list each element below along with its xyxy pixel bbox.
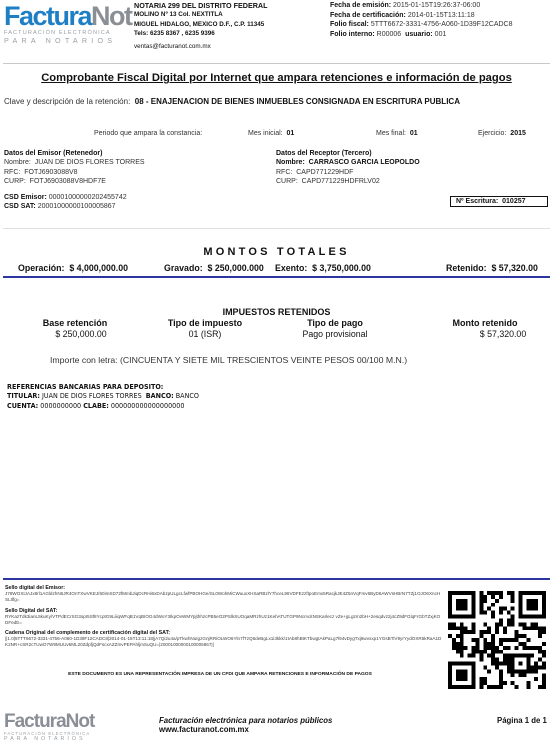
mes-inicial: Mes inicial: 01 bbox=[248, 129, 294, 138]
monto-exento: Exento: $ 3,750,000.00 bbox=[275, 263, 371, 273]
clave-retencion: Clave y descripción de la retención: 08 … bbox=[4, 97, 460, 106]
issuer-email: ventas@facturanot.com.mx bbox=[134, 42, 268, 51]
fiscal-info: Fecha de emisión: 2015-01-15T19:26:37-06… bbox=[330, 1, 513, 39]
issuer-name: NOTARIA 299 DEL DISTRITO FEDERAL bbox=[134, 1, 268, 10]
section-divider bbox=[3, 228, 550, 229]
header-divider bbox=[3, 63, 550, 64]
issuer-street: MOLINO Nº 13 Col. NEXTITLA bbox=[134, 10, 268, 19]
footer-tagline: Facturación electrónica para notarios pú… bbox=[159, 716, 332, 725]
footer-website: www.facturanot.com.mx bbox=[159, 725, 332, 734]
page-number: Página 1 de 1 bbox=[497, 716, 547, 725]
col-base-retencion: Base retención bbox=[20, 318, 130, 328]
sellos-section: Sello digital del Emisor: J78WOXIJAJx8rl… bbox=[5, 585, 442, 649]
page-title: Comprobante Fiscal Digital por Internet … bbox=[0, 72, 553, 84]
impuestos-title: IMPUESTOS RETENIDOS bbox=[0, 307, 553, 317]
issuer-phones: Tels: 6235 8367 , 6235 9396 bbox=[134, 29, 268, 38]
sello-emisor: J78WOXIJAJx8rl1AGldzhN6JR4OnTXwVKEJ/60im… bbox=[5, 591, 442, 604]
val-base-retencion: $ 250,000.00 bbox=[26, 329, 136, 339]
folio-interno: Folio interno: R00006 usuario: 001 bbox=[330, 30, 513, 40]
col-tipo-pago: Tipo de pago bbox=[275, 318, 395, 328]
fecha-emision: Fecha de emisión: 2015-01-15T19:26:37-06… bbox=[330, 1, 513, 11]
monto-gravado: Gravado: $ 250,000.000 bbox=[164, 263, 264, 273]
montos-divider bbox=[3, 276, 550, 278]
footer-logo: FacturaNot FACTURACIÓN ELECTRÓNICA PARA … bbox=[4, 712, 94, 742]
sellos-divider bbox=[3, 578, 550, 580]
referencias-bancarias: REFERENCIAS BANCARIAS PARA DEPOSITO: TIT… bbox=[7, 382, 199, 410]
logo: FacturaNot FACTURACIÓN ELECTRÓNICA PARA … bbox=[4, 3, 132, 45]
issuer-city: MIGUEL HIDALGO, MEXICO D.F., C.P. 11345 bbox=[134, 20, 268, 29]
importe-letra: Importe con letra: (CINCUENTA Y SIETE MI… bbox=[50, 355, 407, 365]
issuer-address: NOTARIA 299 DEL DISTRITO FEDERAL MOLINO … bbox=[134, 1, 268, 51]
qr-code bbox=[448, 591, 546, 689]
val-tipo-pago: Pago provisional bbox=[275, 329, 395, 339]
periodo-label: Periodo que ampara la constancia: bbox=[94, 129, 202, 138]
montos-title: MONTOS TOTALES bbox=[0, 246, 553, 258]
monto-retenido: Retenido: $ 57,320.00 bbox=[446, 263, 538, 273]
footer-info: Facturación electrónica para notarios pú… bbox=[159, 716, 332, 735]
logo-brand-a: Factura bbox=[4, 1, 91, 31]
col-tipo-impuesto: Tipo de impuesto bbox=[150, 318, 260, 328]
logo-brand-b: Not bbox=[91, 1, 131, 31]
cadena-original: ||1.0|5TTT6672-3331-4756-A060-1D39F12CAD… bbox=[5, 636, 442, 649]
escritura-box: Nº Escritura: 010257 bbox=[450, 196, 548, 207]
fecha-certificacion: Fecha de certificación: 2014-01-15T13:11… bbox=[330, 11, 513, 21]
folio-fiscal: Folio fiscal: 5TTT6672-3331-4756-A060-1D… bbox=[330, 20, 513, 30]
leyenda-cfdi: ESTE DOCUMENTO ES UNA REPRESENTACIÓN IMP… bbox=[0, 672, 440, 677]
val-monto-retenido: $ 57,320.00 bbox=[448, 329, 553, 339]
ejercicio: Ejercicio: 2015 bbox=[478, 129, 526, 138]
receptor-section: Datos del Receptor (Tercero) Nombre: CAR… bbox=[276, 149, 420, 187]
sello-sat: RYKazTdk3ianL5kuKy/VTPdECrSG3opI5Sf8Ycpt… bbox=[5, 614, 442, 627]
emisor-section: Datos del Emisor (Retenedor) Nombre: JUA… bbox=[4, 149, 145, 211]
mes-final: Mes final: 01 bbox=[376, 129, 418, 138]
logo-tagline-2: PARA NOTARIOS bbox=[4, 36, 132, 45]
col-monto-retenido: Monto retenido bbox=[430, 318, 540, 328]
monto-operacion: Operación: $ 4,000,000.00 bbox=[18, 263, 128, 273]
val-tipo-impuesto: 01 (ISR) bbox=[150, 329, 260, 339]
